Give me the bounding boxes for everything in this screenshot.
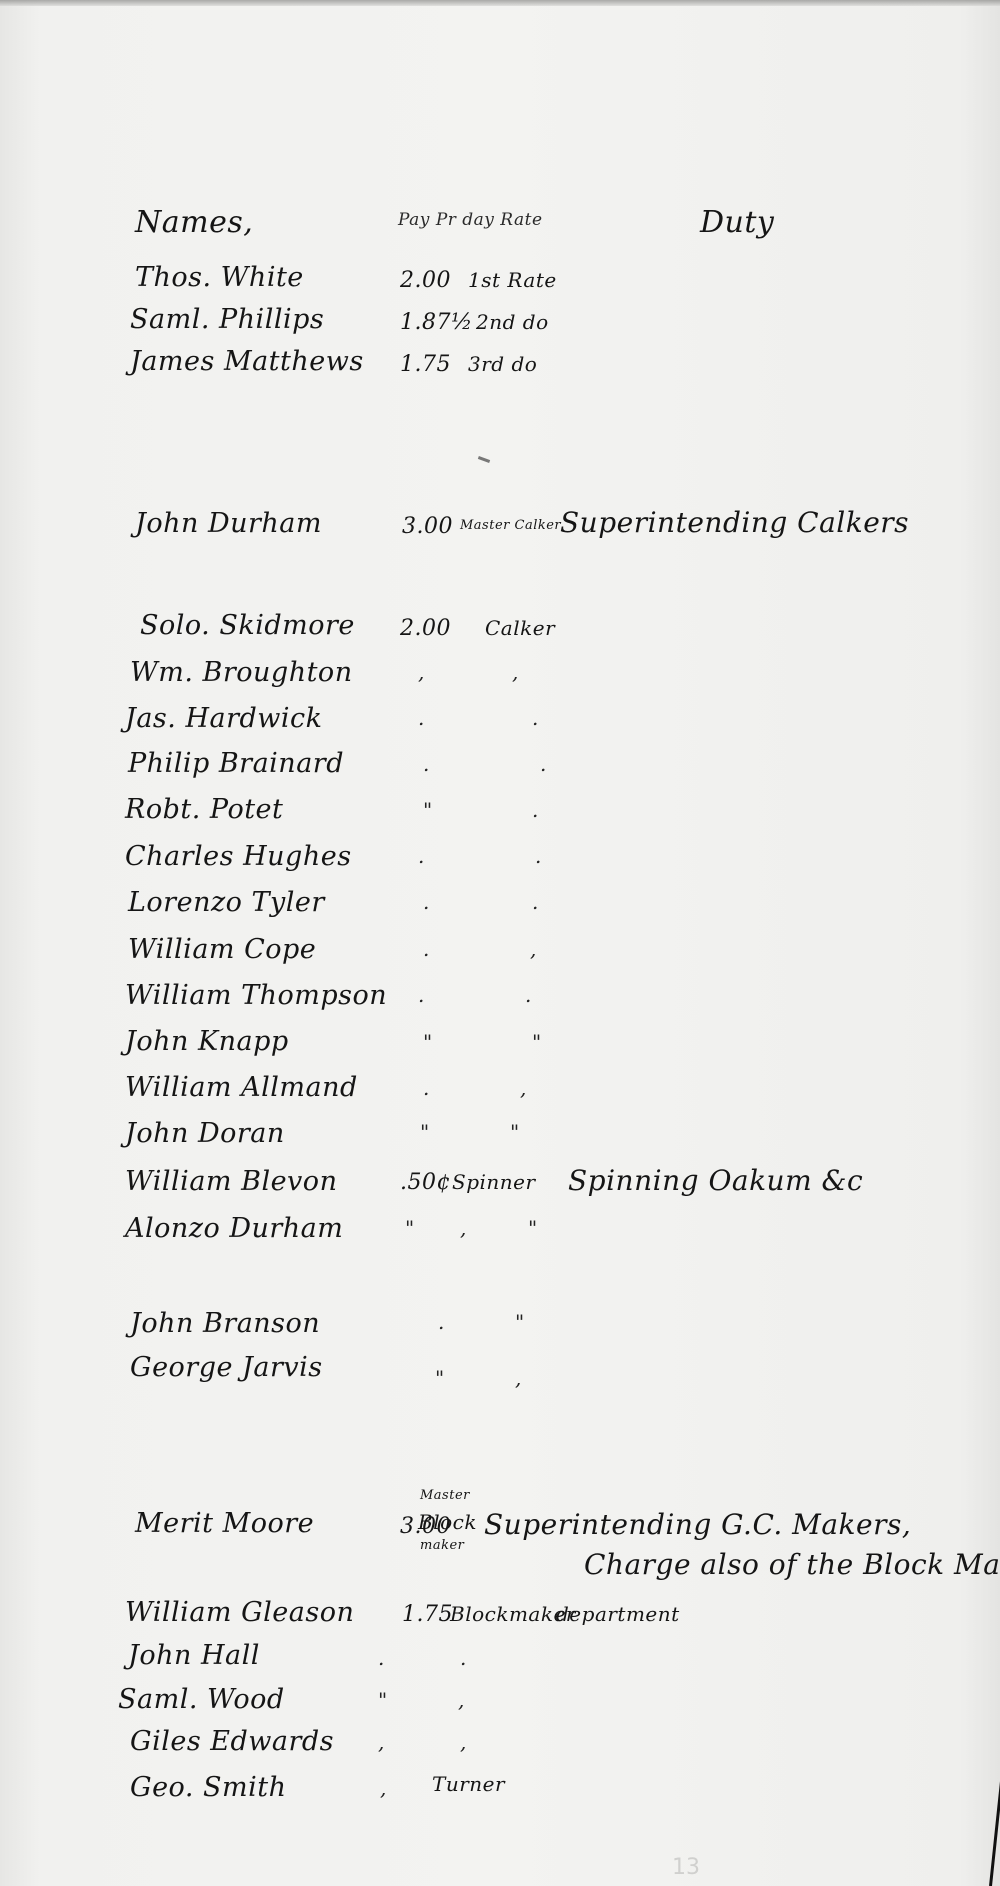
ditto-mark: . (423, 752, 430, 776)
ditto-mark: , (418, 660, 425, 684)
row-pay: 3.00 (402, 514, 453, 539)
ditto-mark: . (438, 1310, 445, 1334)
row-duty: department (556, 1602, 680, 1626)
row-pay: 1.87½ (400, 310, 473, 335)
row-name: William Gleason (125, 1597, 354, 1628)
ditto-mark: . (532, 890, 539, 914)
row-name: William Allmand (125, 1072, 358, 1103)
ditto-mark: , (380, 1776, 387, 1800)
row-name: Solo. Skidmore (140, 610, 355, 641)
row-name: Merit Moore (135, 1508, 314, 1539)
row-name: Wm. Broughton (130, 657, 353, 688)
row-name: John Branson (130, 1308, 320, 1339)
ditto-mark: . (418, 983, 425, 1007)
ditto-mark: " (528, 1216, 538, 1240)
ditto-mark: , (515, 1366, 522, 1390)
row-name: Charles Hughes (125, 841, 352, 872)
ditto-mark: . (532, 798, 539, 822)
row-rate-bottom: maker (420, 1538, 464, 1553)
separator-mark (478, 456, 490, 463)
ditto-mark: . (423, 937, 430, 961)
row-rate: 1st Rate (468, 268, 557, 292)
row-duty-continued: Charge also of the Block Ma (584, 1548, 1000, 1581)
ditto-mark: . (540, 752, 547, 776)
ditto-mark: . (418, 706, 425, 730)
ditto-mark: " (435, 1366, 445, 1390)
row-name: James Matthews (130, 346, 364, 377)
ditto-mark: . (525, 983, 532, 1007)
row-name: William Cope (128, 934, 316, 965)
ditto-mark: " (420, 1120, 430, 1144)
ditto-mark: , (460, 1730, 467, 1754)
row-name: John Knapp (125, 1026, 289, 1057)
row-rate-top: Master (420, 1488, 470, 1503)
ditto-mark: . (423, 890, 430, 914)
row-duty: Superintending Calkers (560, 506, 909, 539)
row-name: John Hall (128, 1640, 260, 1671)
row-name: William Thompson (125, 980, 387, 1011)
row-name: Geo. Smith (130, 1772, 286, 1803)
row-duty: Superintending G.C. Makers, (484, 1508, 911, 1541)
ditto-mark: . (532, 706, 539, 730)
row-name: George Jarvis (130, 1352, 323, 1383)
ditto-mark: " (532, 1030, 542, 1054)
page-top-edge (0, 0, 1000, 6)
row-name: Lorenzo Tyler (128, 887, 325, 918)
row-rate: Turner (432, 1772, 505, 1796)
ditto-mark: , (520, 1076, 527, 1100)
row-name: Robt. Potet (125, 794, 283, 825)
ditto-mark: . (460, 1646, 467, 1670)
row-pay: 1.75 (402, 1602, 453, 1627)
row-name: William Blevon (125, 1166, 337, 1197)
ditto-mark: " (423, 798, 433, 822)
row-name: John Doran (125, 1118, 285, 1149)
header-duty: Duty (700, 205, 774, 240)
ditto-mark: " (510, 1120, 520, 1144)
ditto-mark: . (423, 1076, 430, 1100)
row-name: John Durham (135, 508, 322, 539)
row-name: Saml. Phillips (130, 304, 324, 335)
ditto-mark: . (418, 844, 425, 868)
row-rate: Spinner (452, 1170, 536, 1194)
ditto-mark: " (405, 1216, 415, 1240)
row-pay: 2.00 (400, 616, 451, 641)
ditto-mark: , (530, 937, 537, 961)
row-name: Saml. Wood (118, 1684, 285, 1715)
row-name: Alonzo Durham (125, 1213, 343, 1244)
ditto-mark: , (512, 660, 519, 684)
ditto-mark: " (515, 1310, 525, 1334)
row-duty: Spinning Oakum &c (568, 1164, 863, 1197)
row-name: Thos. White (135, 262, 304, 293)
ditto-mark: . (535, 844, 542, 868)
page-number-stamp: 13 (672, 1855, 700, 1880)
row-rate: 3rd do (468, 352, 537, 376)
ditto-mark: " (378, 1688, 388, 1712)
row-name: Giles Edwards (130, 1726, 334, 1757)
row-rate: 2nd do (476, 310, 549, 334)
row-rate: Calker (485, 616, 555, 640)
ditto-mark: , (458, 1688, 465, 1712)
header-names: Names, (135, 205, 253, 240)
row-rate: Master Calker (460, 518, 561, 533)
ditto-mark: . (378, 1646, 385, 1670)
row-pay: 2.00 (400, 268, 451, 293)
document-page: Names, Pay Pr day Rate Duty Thos. White … (0, 0, 1000, 1886)
page-edge-mark (989, 1761, 1000, 1886)
ditto-mark: , (378, 1730, 385, 1754)
row-name: Jas. Hardwick (125, 703, 323, 734)
row-name: Philip Brainard (128, 748, 344, 779)
ditto-mark: , (460, 1216, 467, 1240)
row-rate: Block (418, 1510, 477, 1534)
row-pay: .50¢ (400, 1170, 451, 1195)
row-pay: 1.75 (400, 352, 451, 377)
header-pay-rate: Pay Pr day Rate (398, 210, 543, 230)
ditto-mark: " (423, 1030, 433, 1054)
